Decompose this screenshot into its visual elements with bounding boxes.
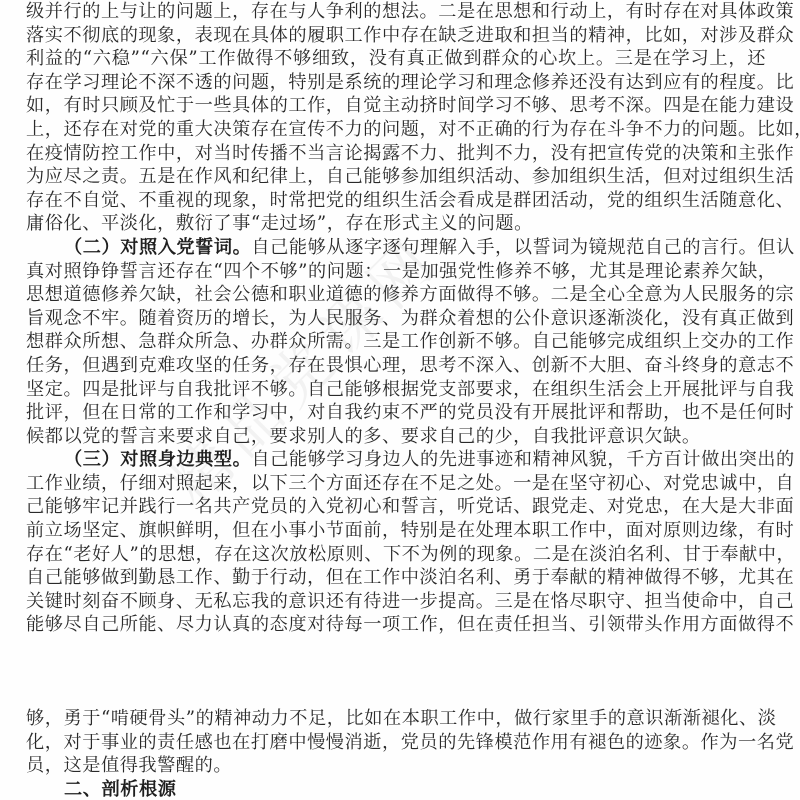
paragraph-line: 员，这是值得我警醒的。: [26, 754, 766, 778]
paragraph-line: 候都以党的誓言来要求自己，要求别人的多、要求自己的少，自我批评意识欠缺。: [26, 425, 766, 449]
paragraph-line: 能够尽自己所能、尽力认真的态度对待每一项工作，但在责任担当、引领带头作用方面做得…: [26, 613, 766, 637]
paragraph-text: 自己能够学习身边人的先进事迹和精神风貌，千方百计做出突出的: [251, 449, 794, 470]
section-oath-first-line: （二）对照入党誓词。自己能够从逐字逐句理解入手，以誓词为镜规范自己的言行。但认: [26, 236, 766, 260]
paragraph-line: 存在学习理论不深不透的问题，特别是系统的理论学习和理念修养还没有达到应有的程度。…: [26, 71, 766, 95]
paragraph-line: 够，勇于“啃硬骨头”的精神动力不足，比如在本职工作中，做行家里手的意识渐渐褪化、…: [26, 707, 766, 731]
paragraph-line: 为应尽之责。五是在作风和纪律上，自己能够参加组织活动、参加组织生活，但对过组织生…: [26, 165, 766, 189]
paragraph-line: 真对照铮铮誓言还存在“四个不够”的问题：一是加强党性修养不够，尤其是理论素养欠缺…: [26, 260, 766, 284]
section-example-first-line: （三）对照身边典型。自己能够学习身边人的先进事迹和精神风貌，千方百计做出突出的: [26, 448, 766, 472]
paragraph-line: 坚定。四是批评与自我批评不够。自己能够根据党支部要求，在组织生活会上开展批评与自…: [26, 378, 766, 402]
document-page: 精品党课网 级并行的上与让的问题上，存在与人争利的想法。二是在思想和行动上，有时…: [0, 0, 800, 800]
paragraph-line: 工作业绩，仔细对照起来，以下三个方面还存在不足之处。一是在坚守初心、对党忠诚中，…: [26, 472, 766, 496]
paragraph-line: 利益的“六稳”“六保”工作做得不够细致，没有真正做到群众的心坎上。三是在学习上，…: [26, 47, 766, 71]
paragraph-line: 级并行的上与让的问题上，存在与人争利的想法。二是在思想和行动上，有时存在对具体政…: [26, 0, 766, 24]
paragraph-line: 在疫情防控工作中，对当时传播不当言论揭露不力、批判不力，没有把宣传党的决策和主张…: [26, 142, 766, 166]
section-heading-root-cause: 二、剖析根源: [26, 778, 766, 800]
paragraph-line: 自己能够做到勤恳工作、勤于行动，但在工作中淡泊名利、勇于奉献的精神做得不够，尤其…: [26, 566, 766, 590]
paragraph-line: 关键时刻奋不顾身、无私忘我的意识还有待进一步提高。三是在恪尽职守、担当使命中，自…: [26, 590, 766, 614]
paragraph-line: 前立场坚定、旗帜鲜明，但在小事小节面前，特别是在处理本职工作中，面对原则边缘，有…: [26, 519, 766, 543]
paragraph-line: 落实不彻底的现象，表现在具体的履职工作中存在缺乏进取和担当的精神，比如，对涉及群…: [26, 24, 766, 48]
paragraph-text: 自己能够从逐字逐句理解入手，以誓词为镜规范自己的言行。但认: [251, 237, 794, 258]
paragraph-line: 批评，但在日常的工作和学习中，对自我约束不严的党员没有开展批评和帮助，也不是任何…: [26, 401, 766, 425]
paragraph-line: 己能够牢记并践行一名共产党员的入党初心和誓言，听党话、跟党走、对党忠，在大是大非…: [26, 495, 766, 519]
section-heading-oath: （二）对照入党誓词。: [64, 237, 251, 258]
paragraph-line: 存在“老好人”的思想，存在这次放松原则、下不为例的现象。二是在淡泊名利、甘于奉献…: [26, 543, 766, 567]
paragraph-line: 化，对于事业的责任感也在打磨中慢慢消逝，党员的先锋模范作用有褪色的迹象。作为一名…: [26, 731, 766, 755]
paragraph-line: 想群众所想、急群众所急、办群众所需。三是工作创新不够。自己能够完成组织上交办的工…: [26, 330, 766, 354]
page-bottom-text: 够，勇于“啃硬骨头”的精神动力不足，比如在本职工作中，做行家里手的意识渐渐褪化、…: [26, 707, 766, 800]
paragraph-line: 任务，但遇到克难攻坚的任务，存在畏惧心理，思考不深入、创新不大胆、奋斗终身的意志…: [26, 354, 766, 378]
paragraph-line: 思想道德修养欠缺，社会公德和职业道德的修养方面做得不够。二是全心全意为人民服务的…: [26, 283, 766, 307]
paragraph-line: 上，还存在对党的重大决策存在宣传不力的问题，对不正确的行为存在斗争不力的问题。比…: [26, 118, 766, 142]
paragraph-line: 如，有时只顾及忙于一些具体的工作，自觉主动挤时间学习不够、思考不深。四是在能力建…: [26, 94, 766, 118]
paragraph-line: 旨观念不牢。随着资历的增长，为人民服务、为群众着想的公仆意识逐渐淡化，没有真正做…: [26, 307, 766, 331]
page-top-text: 级并行的上与让的问题上，存在与人争利的想法。二是在思想和行动上，有时存在对具体政…: [26, 0, 766, 637]
section-heading-example: （三）对照身边典型。: [64, 449, 251, 470]
paragraph-line: 存在不自觉、不重视的现象，时常把党的组织生活会看成是群团活动，党的组织生活随意化…: [26, 189, 766, 213]
paragraph-line: 庸俗化、平淡化，敷衍了事“走过场”，存在形式主义的问题。: [26, 212, 766, 236]
